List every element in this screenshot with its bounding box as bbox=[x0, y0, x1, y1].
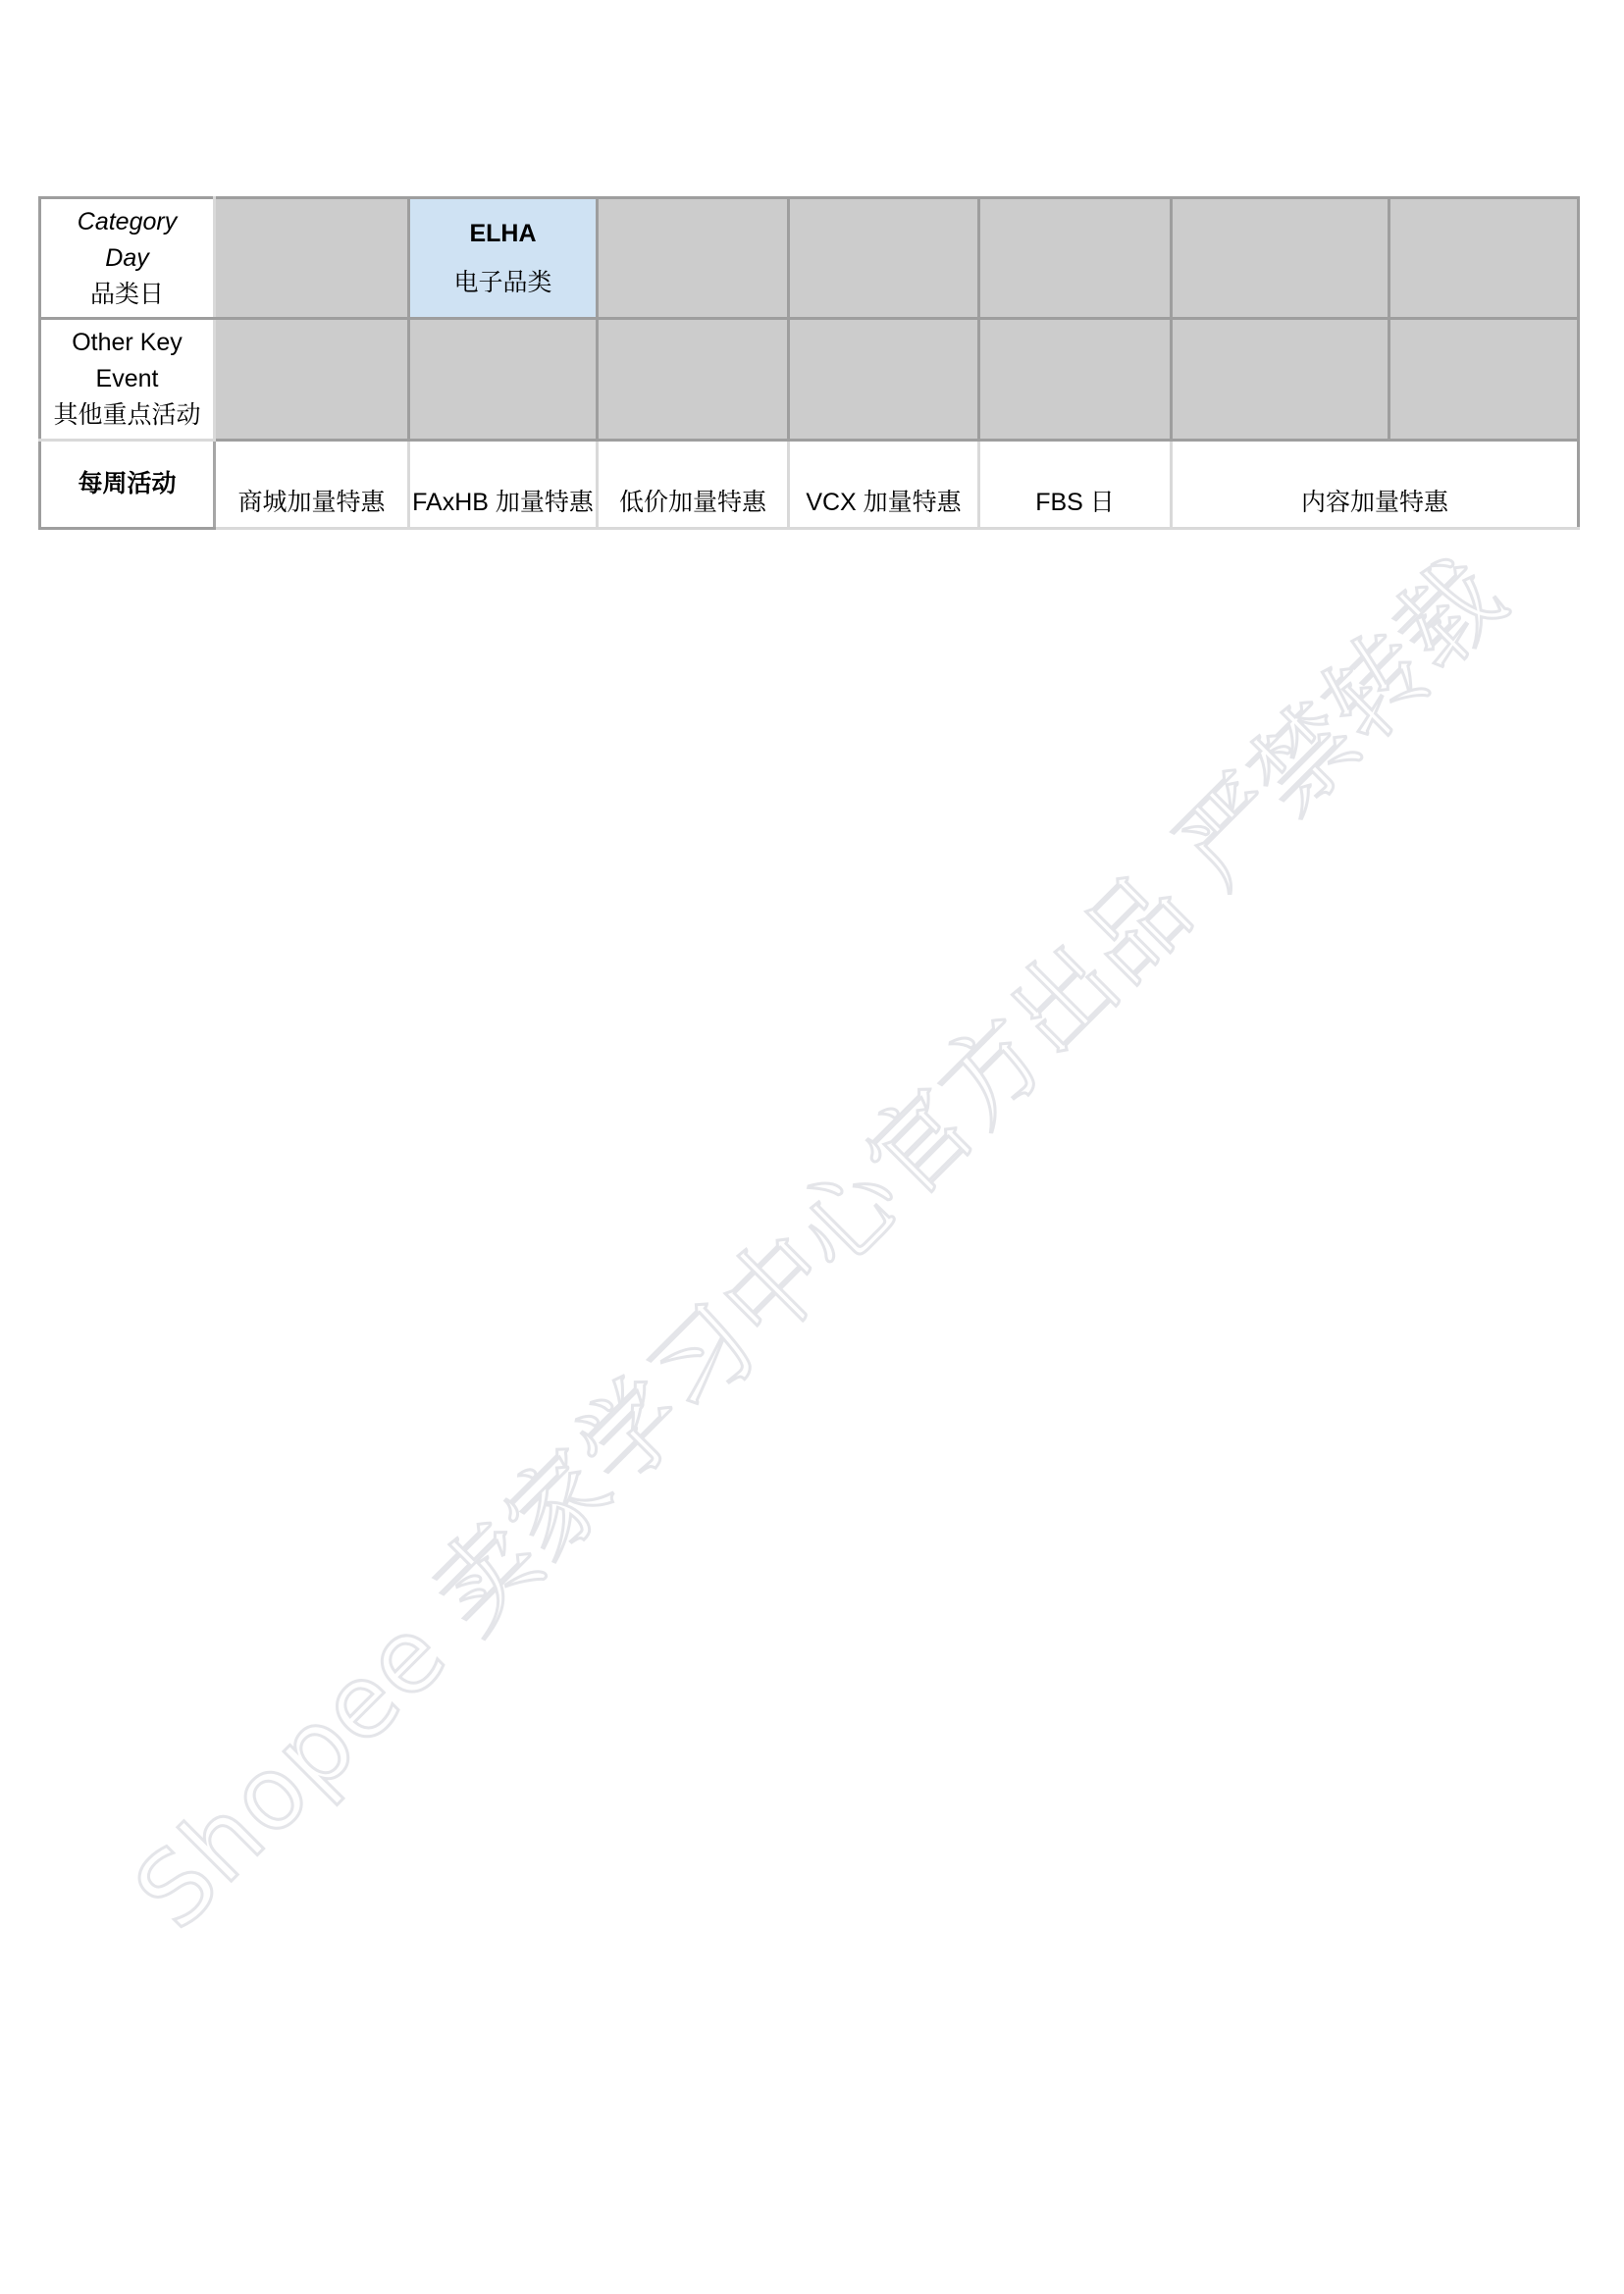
calendar-cell bbox=[1172, 198, 1389, 319]
label-line: Other Key bbox=[41, 325, 213, 361]
weekly-activity-cell: 商城加量特惠 bbox=[215, 441, 409, 529]
row-label-other-key-event: Other Key Event 其他重点活动 bbox=[40, 319, 215, 441]
calendar-cell bbox=[215, 319, 409, 441]
weekly-activity-cell: VCX 加量特惠 bbox=[789, 441, 979, 529]
calendar-cell bbox=[979, 319, 1172, 441]
label-line: 品类日 bbox=[41, 277, 213, 313]
label-line: 其他重点活动 bbox=[41, 397, 213, 434]
calendar-cell bbox=[1389, 198, 1579, 319]
calendar-cell bbox=[979, 198, 1172, 319]
calendar-cell bbox=[598, 198, 789, 319]
calendar-cell bbox=[789, 319, 979, 441]
category-code: ELHA bbox=[410, 209, 596, 258]
label-line: Day bbox=[41, 240, 213, 277]
weekly-activity-cell: 内容加量特惠 bbox=[1172, 441, 1579, 529]
label-line: Event bbox=[41, 361, 213, 397]
row-category-day: Category Day 品类日 ELHA 电子品类 bbox=[40, 198, 1579, 319]
calendar-cell bbox=[1389, 319, 1579, 441]
weekly-activity-cell: FBS 日 bbox=[979, 441, 1172, 529]
calendar-cell bbox=[598, 319, 789, 441]
calendar-cell bbox=[1172, 319, 1389, 441]
calendar-cell-elha: ELHA 电子品类 bbox=[409, 198, 598, 319]
row-label-weekly: 每周活动 bbox=[40, 441, 215, 529]
row-label-category-day: Category Day 品类日 bbox=[40, 198, 215, 319]
watermark: Shopee 卖家学习中心官方出品 严禁转载 bbox=[98, 522, 1531, 1955]
row-other-key-event: Other Key Event 其他重点活动 bbox=[40, 319, 1579, 441]
weekly-activity-cell: FAxHB 加量特惠 bbox=[409, 441, 598, 529]
calendar-cell bbox=[409, 319, 598, 441]
category-name: 电子品类 bbox=[410, 258, 596, 307]
calendar-cell bbox=[215, 198, 409, 319]
calendar-cell bbox=[789, 198, 979, 319]
weekly-calendar-table: Category Day 品类日 ELHA 电子品类 Other Key Eve… bbox=[38, 196, 1580, 530]
row-weekly-activities: 每周活动 商城加量特惠 FAxHB 加量特惠 低价加量特惠 VCX 加量特惠 F… bbox=[40, 441, 1579, 529]
weekly-activity-cell: 低价加量特惠 bbox=[598, 441, 789, 529]
label-line: Category bbox=[41, 204, 213, 240]
